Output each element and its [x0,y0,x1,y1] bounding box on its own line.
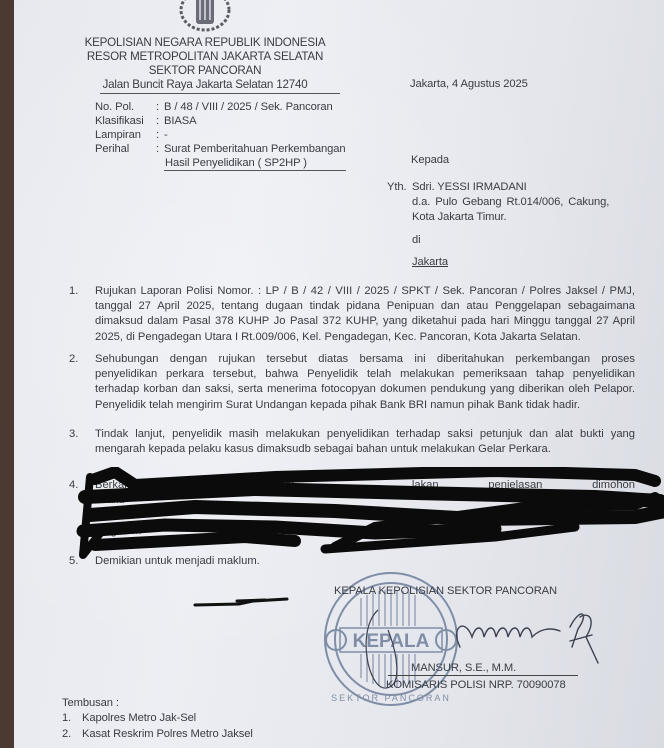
paragraph-number: 2. [69,352,78,367]
meta-sep: : [156,114,159,128]
letterhead-line-3: SEKTOR PANCORAN [80,63,330,78]
svg-text:KEPALA: KEPALA [353,631,430,652]
paragraph-line: Sehubungan dengan rujukan tersebut diata… [95,352,635,367]
letterhead-line-2: RESOR METROPOLITAN JAKARTA SELATAN [80,49,330,64]
paragraph-2: 2.Sehubungan dengan rujukan tersebut dia… [95,352,635,413]
paragraph-1: 1.Rujukan Laporan Polisi Nomor. : LP / B… [95,284,635,345]
meta-value-nopol: B / 48 / VIII / 2025 / Sek. Pancoran [164,100,333,114]
svg-text:SEKTOR PANCORAN: SEKTOR PANCORAN [331,693,451,703]
meta-value-lampiran: - [164,128,168,142]
letterhead-address: Jalan Buncit Raya Jakarta Selatan 12740 [80,77,330,92]
tembusan-num-2: 2. [62,727,71,741]
tembusan-label: Tembusan : [62,696,119,710]
tembusan-num-1: 1. [62,711,71,725]
meta-sep: : [156,142,159,156]
paragraph-3: 3.Tindak lanjut, penyelidik masih melaku… [95,427,635,457]
signature-line [388,675,578,676]
meta-label-lampiran: Lampiran [95,128,141,142]
paragraph-number: 1. [69,284,78,299]
paragraph-number: 3. [69,427,78,442]
meta-sep: : [156,100,159,114]
recipient-address-1: d.a. Pulo Gebang Rt.014/006, Cakung, [412,195,609,209]
meta-sep: : [156,128,159,142]
meta-label-klasifikasi: Klasifikasi [95,114,144,128]
paragraph-line: tanggal 27 April 2025, tentang dugaan ti… [95,299,635,314]
signature-title: KEPALA KEPOLISIAN SEKTOR PANCORAN [334,584,557,598]
ink-mark [193,595,289,609]
letterhead-underline [100,93,340,94]
recipient-city: Jakarta [412,255,448,269]
paragraph-line: Penyelidik telah mengirim Surat Undangan… [95,398,635,413]
recipient-kepada: Kepada [411,153,449,167]
letterhead-line-1: KEPOLISIAN NEGARA REPUBLIK INDONESIA [80,35,330,50]
signatory-name: MANSUR, S.E., M.M. [411,661,516,675]
place-date: Jakarta, 4 Agustus 2025 [410,77,528,91]
meta-value-perihal-2: Hasil Penyelidikan ( SP2HP ) [165,156,307,170]
paragraph-line: dimaksud dalam Pasal 378 KUHP Jo Pasal 3… [95,314,635,329]
paragraph-line: 2025, di Pengadegan Utara I Rt.009/006, … [95,330,635,345]
recipient-address-2: Kota Jakarta Timur. [412,210,506,224]
paragraph-line: Tindak lanjut, penyelidik masih melakuka… [95,427,635,442]
paragraph-line: penyelidikan perkara tersebut, bahwa Pen… [95,367,635,382]
paragraph-line: Rujukan Laporan Polisi Nomor. : LP / B /… [95,284,635,299]
tembusan-item-1: Kapolres Metro Jak-Sel [82,711,196,725]
redaction-scribble [75,467,664,562]
perihal-underline [164,170,346,171]
meta-value-perihal: Surat Pemberitahuan Perkembangan [164,142,346,156]
paragraph-line: mengarah kepada pelaku kasus dimaksudb s… [95,442,635,457]
meta-label-perihal: Perihal [95,142,129,156]
paragraph-line: terhadap korban dan saksi, serta menerim… [95,382,635,397]
meta-label-nopol: No. Pol. [95,100,134,114]
recipient-yth: Yth. [387,180,407,194]
recipient-name: Sdri. YESSI IRMADANI [412,180,527,194]
recipient-di: di [412,233,421,247]
tembusan-item-2: Kasat Reskrim Polres Metro Jaksel [82,727,253,741]
police-emblem-icon [178,0,232,32]
signatory-rank: KOMISARIS POLISI NRP. 70090078 [386,678,566,692]
meta-value-klasifikasi: BIASA [164,114,196,128]
